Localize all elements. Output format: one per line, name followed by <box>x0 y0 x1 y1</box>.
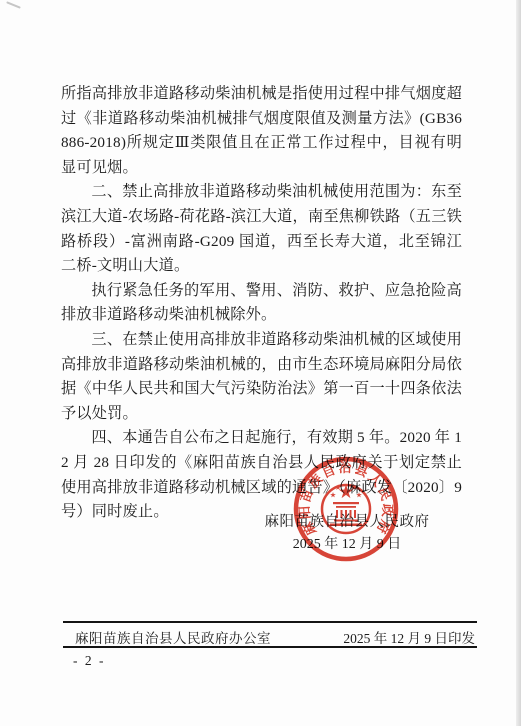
document-page: 所指高排放非道路移动柴油机械是指使用过程中排气烟度超过《非道路移动柴油机械排气烟… <box>0 0 521 726</box>
signature-issuer: 麻阳苗族自治县人民政府 <box>262 510 432 531</box>
paragraph-item-three: 三、在禁止使用高排放非道路移动柴油机械的区域使用高排放非道路移动柴油机械的，由市… <box>61 328 462 426</box>
paragraph-item-two: 二、禁止高排放非道路移动柴油机械使用范围为：东至滨江大道-农场路-荷花路-滨江大… <box>61 180 462 278</box>
scan-artifact <box>6 1 21 8</box>
footer-office: 麻阳苗族自治县人民政府办公室 <box>75 627 271 647</box>
footer-print-date: 2025 年 12 月 9 日印发 <box>300 627 475 647</box>
paragraph-exemption: 执行紧急任务的军用、警用、消防、救护、应急抢险高排放非道路移动柴油机械除外。 <box>61 279 462 328</box>
paragraph-continuation: 所指高排放非道路移动柴油机械是指使用过程中排气烟度超过《非道路移动柴油机械排气烟… <box>61 82 462 180</box>
signature-date: 2025 年 12 月 9 日 <box>272 533 422 553</box>
page-number: - 2 - <box>73 653 106 669</box>
footer-rule-bottom <box>63 646 477 648</box>
page-edge-shadow <box>516 0 521 726</box>
notice-body: 所指高排放非道路移动柴油机械是指使用过程中排气烟度超过《非道路移动柴油机械排气烟… <box>61 82 462 525</box>
footer-rule-top <box>63 621 477 623</box>
